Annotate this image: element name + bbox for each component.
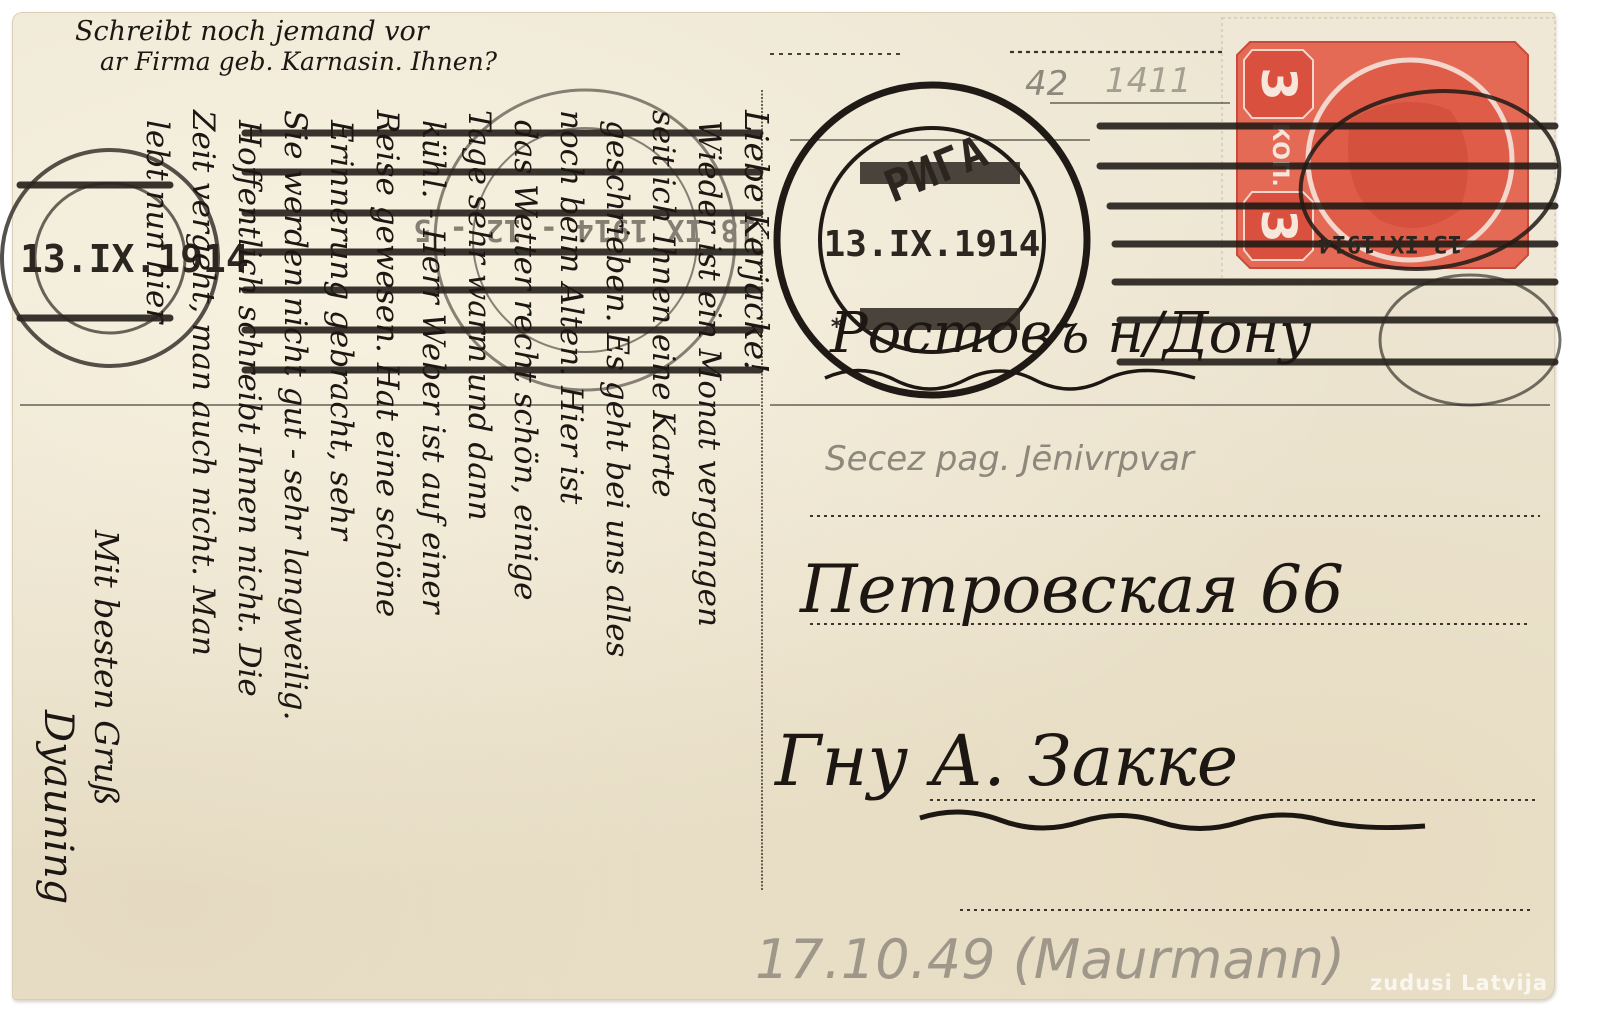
message-line: Sie werden nicht gut - sehr langweilig. bbox=[277, 110, 313, 720]
watermark: zudusi Latvija bbox=[1370, 971, 1548, 995]
message-line: noch beim Alten. Hier ist bbox=[553, 110, 589, 505]
message-closing: Mit besten Gruß bbox=[87, 529, 126, 806]
message-line: geschrieben. Es geht bei uns alles bbox=[599, 120, 635, 657]
message-line: seit ich Ihnen eine Karte bbox=[645, 110, 681, 498]
message-line: Erinnerung gebracht, sehr bbox=[323, 119, 359, 542]
message-line: lebt nun hier bbox=[139, 120, 175, 325]
pencil-number-2: 1411 bbox=[1105, 61, 1192, 101]
message-line: das Wetter recht schön, einige bbox=[507, 120, 543, 600]
pencil-bottom-note: 17.10.49 (Maurmann) bbox=[755, 928, 1345, 991]
pencil-number-1: 42 bbox=[1025, 64, 1068, 104]
message-header-line-2: ar Firma geb. Karnasin. Ihnen? bbox=[100, 47, 498, 76]
message-line: kühl. - Herr Weber ist auf einer bbox=[415, 120, 451, 616]
stamp-denomination-top: 3 bbox=[1250, 67, 1306, 100]
message-line: Wieder ist ein Monat vergangen bbox=[691, 120, 727, 627]
message-salutation: Liebe Kerjacke! bbox=[737, 109, 776, 373]
message-line: Zeit vergeht, man auch nicht. Man bbox=[185, 109, 221, 656]
address-city: Ростовъ н/Дону bbox=[829, 301, 1312, 366]
postmark-riga-date: 13.IX.1914 bbox=[824, 224, 1041, 265]
pencil-sender-note: Secez pag. Jēnivrpvar bbox=[825, 439, 1196, 479]
message-line: Tage sehr warm und dann bbox=[461, 110, 497, 521]
message-line: Reise gewesen. Hat eine schöne bbox=[369, 109, 405, 617]
message-header-line-1: Schreibt noch jemand vor bbox=[75, 16, 431, 47]
address-street: Петровская 66 bbox=[799, 551, 1344, 628]
message-line: Hoffentlich schreibt Ihnen nicht. Die bbox=[231, 119, 267, 697]
postcard-artwork: 3 3 КОП. 13.IX.1914 bbox=[0, 0, 1600, 1032]
message-lines: Wieder ist ein Monat vergangenseit ich I… bbox=[35, 109, 727, 904]
message-signature: Dyauning bbox=[35, 709, 81, 904]
recipient-underline-wave bbox=[920, 812, 1425, 829]
stamp-denomination-bottom: 3 bbox=[1250, 209, 1306, 242]
stamp-label: КОП. bbox=[1267, 123, 1292, 186]
address-recipient: Гну А. Закке bbox=[773, 720, 1238, 802]
postmark-stamp-date: 13.IX.1914 bbox=[1318, 230, 1463, 258]
message-body: Liebe Kerjacke! Wieder ist ein Monat ver… bbox=[35, 109, 776, 904]
